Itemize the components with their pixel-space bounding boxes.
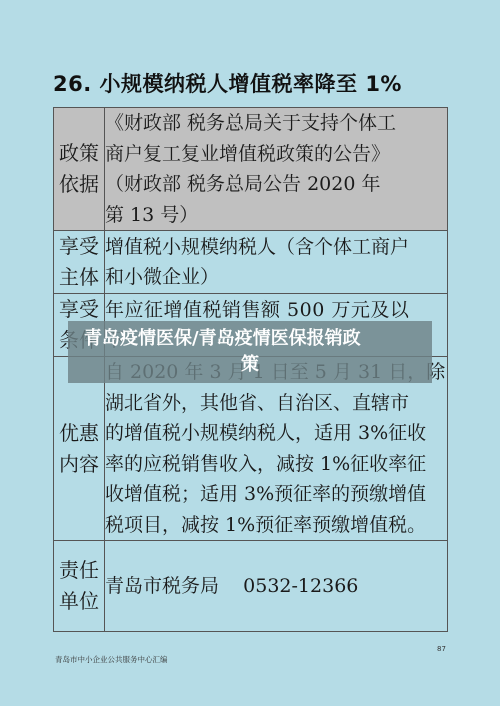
- content-line: 和小微企业）: [105, 262, 447, 293]
- table-row-policy-basis: 政策 依据 《财政部 税务总局关于支持个体工 商户复工复业增值税政策的公告》 （…: [54, 108, 448, 231]
- content-line: 商户复工复业增值税政策的公告》: [105, 139, 447, 170]
- row-label: 政策 依据: [54, 108, 105, 231]
- row-label: 优惠 内容: [54, 357, 105, 541]
- row-content: 增值税小规模纳税人（含个体工商户 和小微企业）: [105, 231, 448, 294]
- label-line: 责任: [54, 555, 104, 586]
- content-line: （财政部 税务总局公告 2020 年: [105, 169, 447, 200]
- label-line: 内容: [54, 449, 104, 480]
- overlay-caption-line2: 策: [68, 352, 432, 378]
- row-label: 享受 主体: [54, 231, 105, 294]
- page-number: 87: [437, 645, 446, 653]
- table-row-preferential-content: 优惠 内容 自 2020 年 3 月 1 日至 5 月 31 日，除 湖北省外，…: [54, 357, 448, 541]
- row-content: 《财政部 税务总局关于支持个体工 商户复工复业增值税政策的公告》 （财政部 税务…: [105, 108, 448, 231]
- content-line: 湖北省外，其他省、自治区、直辖市: [105, 388, 447, 419]
- table-row-eligible-subjects: 享受 主体 增值税小规模纳税人（含个体工商户 和小微企业）: [54, 231, 448, 294]
- content-line: 率的应税销售收入，减按 1%征收率征: [105, 449, 447, 480]
- table-row-responsible-unit: 责任 单位 青岛市税务局 0532-12366: [54, 541, 448, 632]
- row-label: 责任 单位: [54, 541, 105, 632]
- label-line: 政策: [54, 138, 104, 169]
- content-line: 增值税小规模纳税人（含个体工商户: [105, 232, 447, 263]
- label-line: 单位: [54, 586, 104, 617]
- row-content: 青岛市税务局 0532-12366: [105, 541, 448, 632]
- overlay-caption-line1: 青岛疫情医保/青岛疫情医保报销政: [68, 321, 432, 352]
- label-line: 享受: [54, 231, 104, 262]
- overlay-caption-banner: 青岛疫情医保/青岛疫情医保报销政 策: [68, 321, 432, 383]
- content-line: 《财政部 税务总局关于支持个体工: [105, 108, 447, 139]
- section-title: 26. 小规模纳税人增值税率降至 1%: [53, 68, 402, 98]
- label-line: 优惠: [54, 418, 104, 449]
- content-line: 青岛市税务局 0532-12366: [105, 571, 447, 602]
- content-line: 收增值税；适用 3%预征率的预缴增值: [105, 479, 447, 510]
- label-line: 主体: [54, 262, 104, 293]
- content-line: 税项目，减按 1%预征率预缴增值税。: [105, 510, 447, 541]
- row-content: 自 2020 年 3 月 1 日至 5 月 31 日，除 湖北省外，其他省、自治…: [105, 357, 448, 541]
- footer-publisher: 青岛市中小企业公共服务中心汇编: [55, 654, 168, 665]
- label-line: 依据: [54, 169, 104, 200]
- content-line: 第 13 号）: [105, 200, 447, 231]
- content-line: 的增值税小规模纳税人，适用 3%征收: [105, 418, 447, 449]
